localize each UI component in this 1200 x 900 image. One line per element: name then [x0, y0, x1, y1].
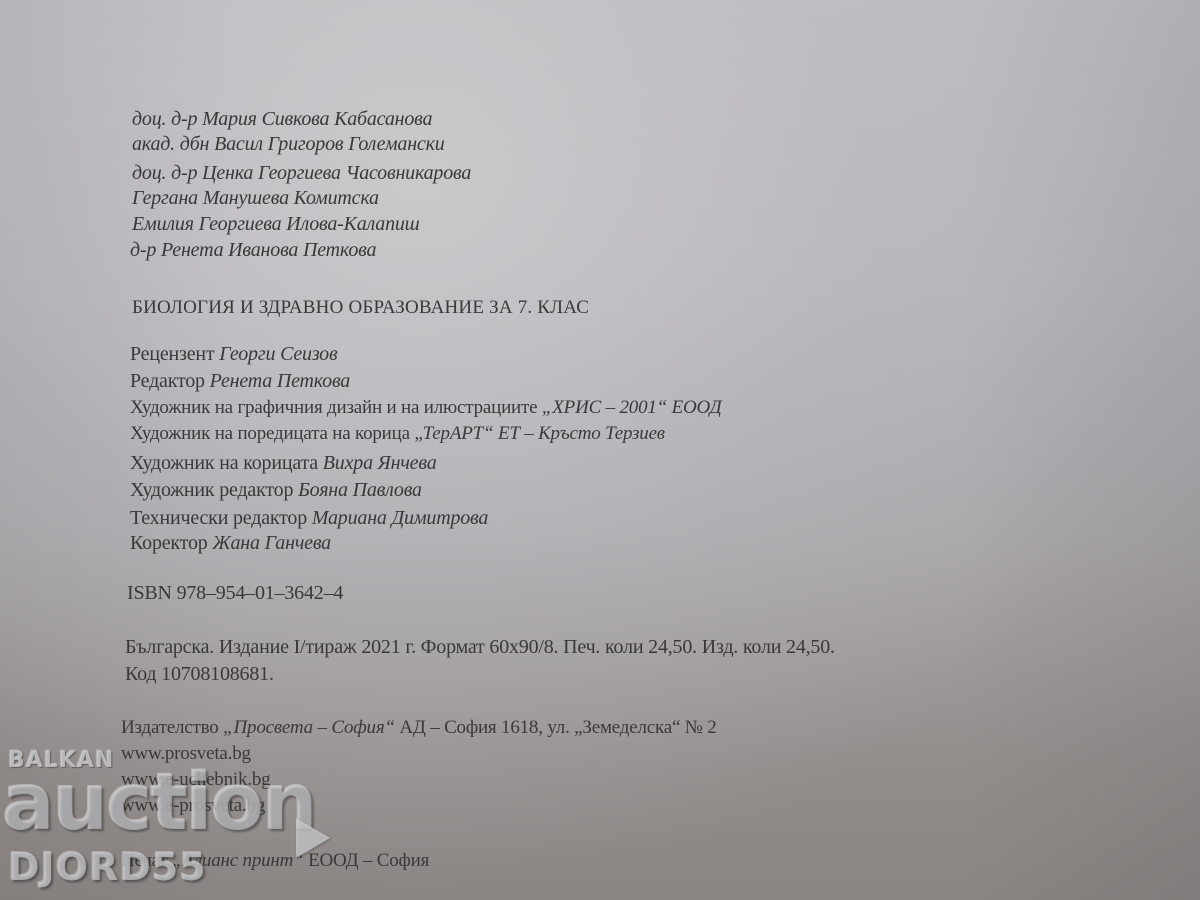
- credit-name: Георги Сеизов: [219, 343, 337, 365]
- printer-prefix: Печат: [121, 850, 172, 871]
- website-link[interactable]: www.prosveta.bg: [121, 743, 251, 765]
- author-line: акад. дбн Васил Григоров Големански: [132, 133, 445, 156]
- credit-line: Редактор Ренета Петкова: [130, 370, 350, 393]
- printer-suffix: ЕООД – София: [304, 850, 430, 871]
- isbn: ISBN 978–954–01–3642–4: [127, 582, 343, 605]
- credit-line: Художник на корицата Вихра Янчева: [130, 452, 437, 475]
- printer-line: Печат „Алианс принт“ ЕООД – София: [121, 850, 429, 872]
- credit-line: Художник на графичния дизайн и на илюстр…: [130, 397, 721, 419]
- credit-name: Бояна Павлова: [298, 479, 422, 501]
- edition-info: Българска. Издание I/тираж 2021 г. Форма…: [125, 636, 835, 659]
- author-line: доц. д-р Ценка Георгиева Часовникарова: [132, 162, 471, 185]
- author-line: Гергана Манушева Комитска: [132, 187, 379, 210]
- edition-code: Код 10708108681.: [125, 663, 274, 686]
- credit-role: Редактор: [130, 370, 205, 392]
- publisher-line: Издателство „Просвета – София“ АД – Софи…: [121, 717, 717, 739]
- credit-line: Технически редактор Мариана Димитрова: [130, 507, 488, 530]
- credit-line: Коректор Жана Ганчева: [130, 532, 331, 555]
- credit-name: Вихра Янчева: [323, 452, 437, 474]
- credit-role: Художник редактор: [130, 479, 293, 501]
- credit-line: Рецензент Георги Сеизов: [130, 343, 337, 366]
- credit-name: Ренета Петкова: [210, 370, 350, 392]
- credit-role: Технически редактор: [130, 507, 307, 529]
- website-link[interactable]: www.e-uchebnik.bg: [121, 769, 270, 791]
- credit-role: Художник на графичния дизайн и на илюстр…: [130, 397, 537, 418]
- credit-name: „ТерАРТ“ ЕТ – Кръсто Терзиев: [414, 423, 664, 444]
- website-link[interactable]: www.e-prosveta.bg: [121, 795, 265, 817]
- author-line: д-р Ренета Иванова Петкова: [130, 239, 376, 262]
- book-title: БИОЛОГИЯ И ЗДРАВНО ОБРАЗОВАНИЕ ЗА 7. КЛА…: [132, 297, 589, 319]
- author-line: доц. д-р Мария Сивкова Кабасанова: [132, 108, 432, 131]
- printer-name: „Алианс принт“: [172, 850, 303, 871]
- credit-role: Художник на поредицата на корица: [130, 423, 410, 444]
- publisher-prefix: Издателство: [121, 717, 223, 738]
- credit-role: Рецензент: [130, 343, 214, 365]
- credit-line: Художник на поредицата на корица „ТерАРТ…: [130, 423, 665, 445]
- publisher-name: „Просвета – София“: [223, 717, 395, 738]
- credit-line: Художник редактор Бояна Павлова: [130, 479, 422, 502]
- credit-role: Художник на корицата: [130, 452, 318, 474]
- author-line: Емилия Георгиева Илова-Калапиш: [132, 213, 420, 236]
- credit-name: Жана Ганчева: [212, 532, 331, 554]
- watermark-top: BALKAN: [8, 748, 114, 773]
- publisher-address: АД – София 1618, ул. „Земеделска“ № 2: [395, 717, 717, 738]
- credit-role: Коректор: [130, 532, 208, 554]
- credit-name: Мариана Димитрова: [312, 507, 488, 529]
- credit-name: „ХРИС – 2001“ ЕООД: [542, 397, 722, 418]
